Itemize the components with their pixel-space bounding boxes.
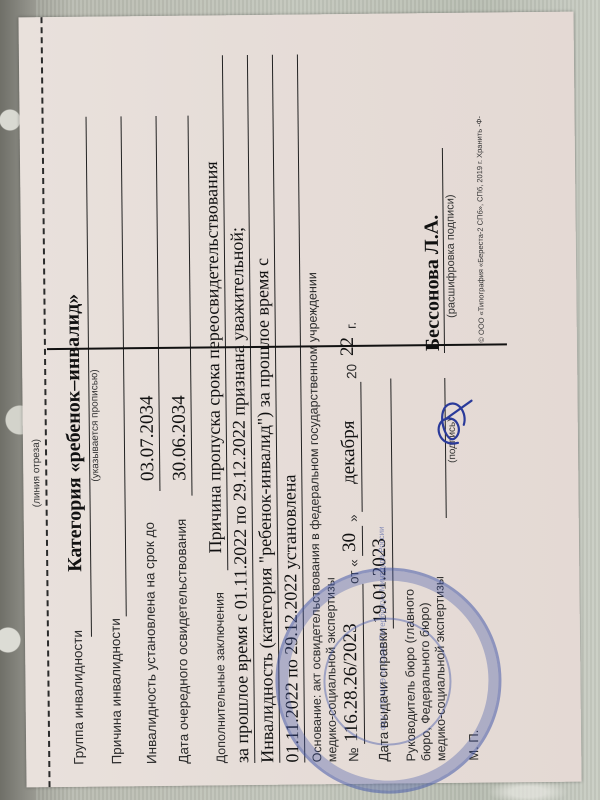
next-exam-value: 30.06.2034 [168,395,191,481]
disability-group-label: Группа инвалидности [70,630,86,765]
disability-group-hint: (указывается прописью) [89,369,101,481]
signature-mark [427,393,476,453]
disability-certificate: (линия отреза) Группа инвалидности Катег… [18,12,581,788]
head-name: Бессонова Л.А. [421,215,445,352]
basis-month: декабря [338,420,361,484]
basis-day-underline [362,526,363,556]
cut-line [40,17,50,787]
conclusion-line-1: Причина пропуска срока переосвидетельств… [201,161,226,553]
head-name-hint: (расшифровка подписи) [444,194,457,318]
disability-cause-label: Причина инвалидности [108,618,125,764]
basis-year-suffix: г. [341,54,359,329]
basis-month-underline [360,382,362,512]
established-until-label: Инвалидность установлена на срок до [142,522,160,764]
next-exam-label: Дата очередного освидетельствования [174,519,192,764]
established-until-value: 03.07.2034 [136,395,159,481]
additional-conclusions-label: Дополнительные заключения [213,592,229,763]
cut-line-label: (линия отреза) [31,439,43,507]
basis-day: 30 [339,533,361,552]
official-stamp: ФКУ «ГБ МСЭ по Санкт-Петербургу» Минтруд… [274,566,502,794]
disability-group-value: Категория «ребенок–инвалид» [61,294,87,572]
printer-imprint: © ООО «Типография «Береста-2 СПб», СПб, … [475,116,486,343]
